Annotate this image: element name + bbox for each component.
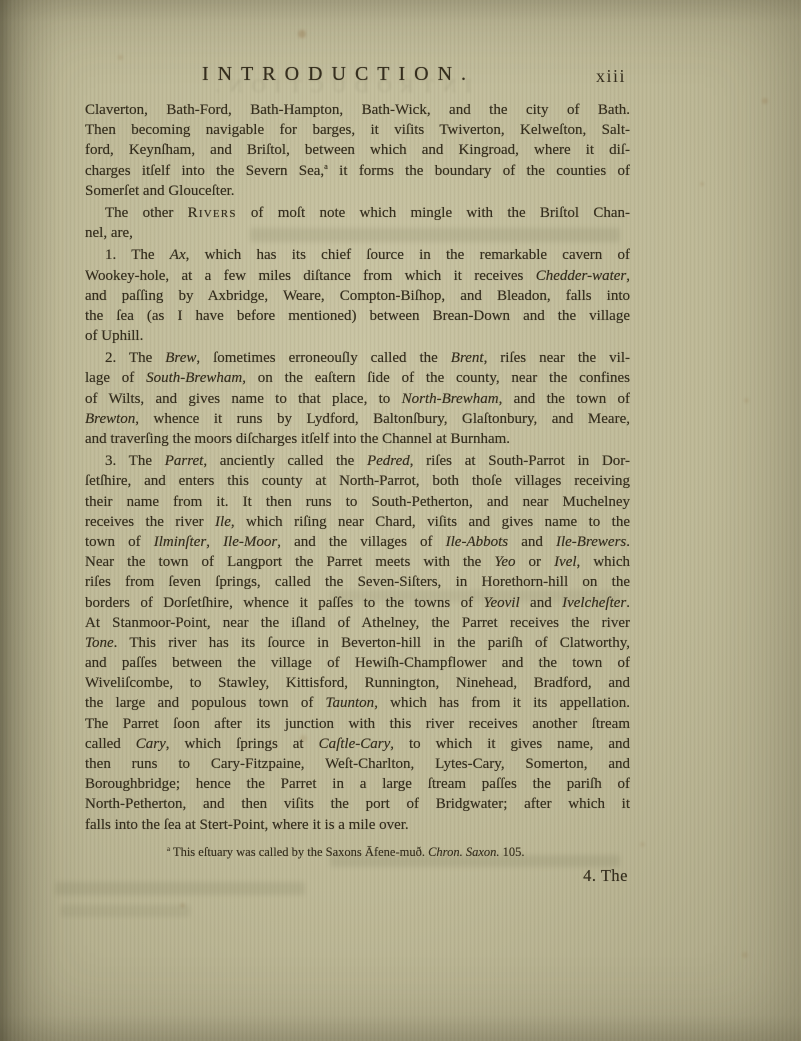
foxing-spot <box>298 30 306 38</box>
text-line: ſetſhire, and enters this county at Nort… <box>85 471 630 491</box>
text-line: nel, are, <box>85 223 630 243</box>
text-line: North-Petherton, and then viſits the por… <box>85 794 630 814</box>
text-line: and paſſes between the village of Hewiſh… <box>85 653 630 673</box>
text-line: Claverton, Bath-Ford, Bath-Hampton, Bath… <box>85 100 630 120</box>
paragraph: The other Rivers of moſt note which ming… <box>85 203 630 243</box>
text-line: Then becoming navigable for barges, it v… <box>85 120 630 140</box>
paragraph: 2. The Brew, ſometimes erroneouſly calle… <box>85 348 630 449</box>
text-line: riſes from ſeven ſprings, called the Sev… <box>85 572 630 592</box>
text-line: 3. The Parret, anciently called the Pedr… <box>85 451 630 471</box>
text-line: 1. The Ax, which has its chief ſource in… <box>85 245 630 265</box>
text-line: The other Rivers of moſt note which ming… <box>85 203 630 223</box>
page-header: INTRODUCTION. INTRODUCTION. xiii <box>85 63 628 97</box>
text-line: town of Ilminſter, Ile-Moor, and the vil… <box>85 532 630 552</box>
text-line: and traverſing the moors diſcharges itſe… <box>85 429 630 449</box>
text-line: Brewton, whence it runs by Lydford, Balt… <box>85 409 630 429</box>
text-line: the large and populous town of Taunton, … <box>85 693 630 713</box>
text-line: ford, Keynſham, and Briſtol, between whi… <box>85 140 630 160</box>
catchword: 4. The <box>85 866 628 886</box>
text-line: 2. The Brew, ſometimes erroneouſly calle… <box>85 348 630 368</box>
foxing-spot <box>742 952 748 958</box>
text-line: of Uphill. <box>85 326 630 346</box>
text-line: the ſea (as I have before mentioned) bet… <box>85 306 630 326</box>
page-number: xiii <box>596 66 626 87</box>
foxing-spot <box>118 55 123 60</box>
text-line: lage of South-Brewham, on the eaſtern ſi… <box>85 368 630 388</box>
foxing-spot <box>700 182 704 186</box>
foxing-spot <box>762 98 768 104</box>
text-line: borders of Dorſetſhire, whence it paſſes… <box>85 593 630 613</box>
text-line: The Parret ſoon after its junction with … <box>85 714 630 734</box>
page-title: INTRODUCTION. <box>202 63 475 86</box>
paragraph: Claverton, Bath-Ford, Bath-Hampton, Bath… <box>85 100 630 201</box>
paragraph: 3. The Parret, anciently called the Pedr… <box>85 451 630 835</box>
text-line: of Wilts, and gives name to that place, … <box>85 389 630 409</box>
body-text: Claverton, Bath-Ford, Bath-Hampton, Bath… <box>85 100 630 835</box>
text-line: Tone. This river has its ſource in Bever… <box>85 633 630 653</box>
binding-gutter-shadow <box>0 0 60 1041</box>
footnote: a This eſtuary was called by the Saxons … <box>85 845 628 860</box>
text-line: and paſſing by Axbridge, Weare, Compton-… <box>85 286 630 306</box>
text-line: called Cary, which ſprings at Caſtle-Car… <box>85 734 630 754</box>
text-line: charges itſelf into the Severn Sea,a it … <box>85 161 630 181</box>
text-line: At Stanmoor-Point, near the iſland of At… <box>85 613 630 633</box>
text-line: then runs to Cary-Fitzpaine, Weſt-Charlt… <box>85 754 630 774</box>
text-line: Somerſet and Glouceſter. <box>85 181 630 201</box>
paragraph: 1. The Ax, which has its chief ſource in… <box>85 245 630 346</box>
text-line: Near the town of Langport the Parret mee… <box>85 552 630 572</box>
text-line: Boroughbridge; hence the Parret in a lar… <box>85 774 630 794</box>
text-line: receives the river Ile, which riſing nea… <box>85 512 630 532</box>
foxing-spot <box>640 842 645 847</box>
text-line: Wiveliſcombe, to Stawley, Kittisford, Ru… <box>85 673 630 693</box>
foxing-spot <box>744 398 749 403</box>
text-line: falls into the ſea at Stert-Point, where… <box>85 815 630 835</box>
text-line: their name from it. It then runs to Sout… <box>85 492 630 512</box>
showthrough-smudge <box>60 905 190 917</box>
text-line: Wookey-hole, at a few miles diſtance fro… <box>85 266 630 286</box>
